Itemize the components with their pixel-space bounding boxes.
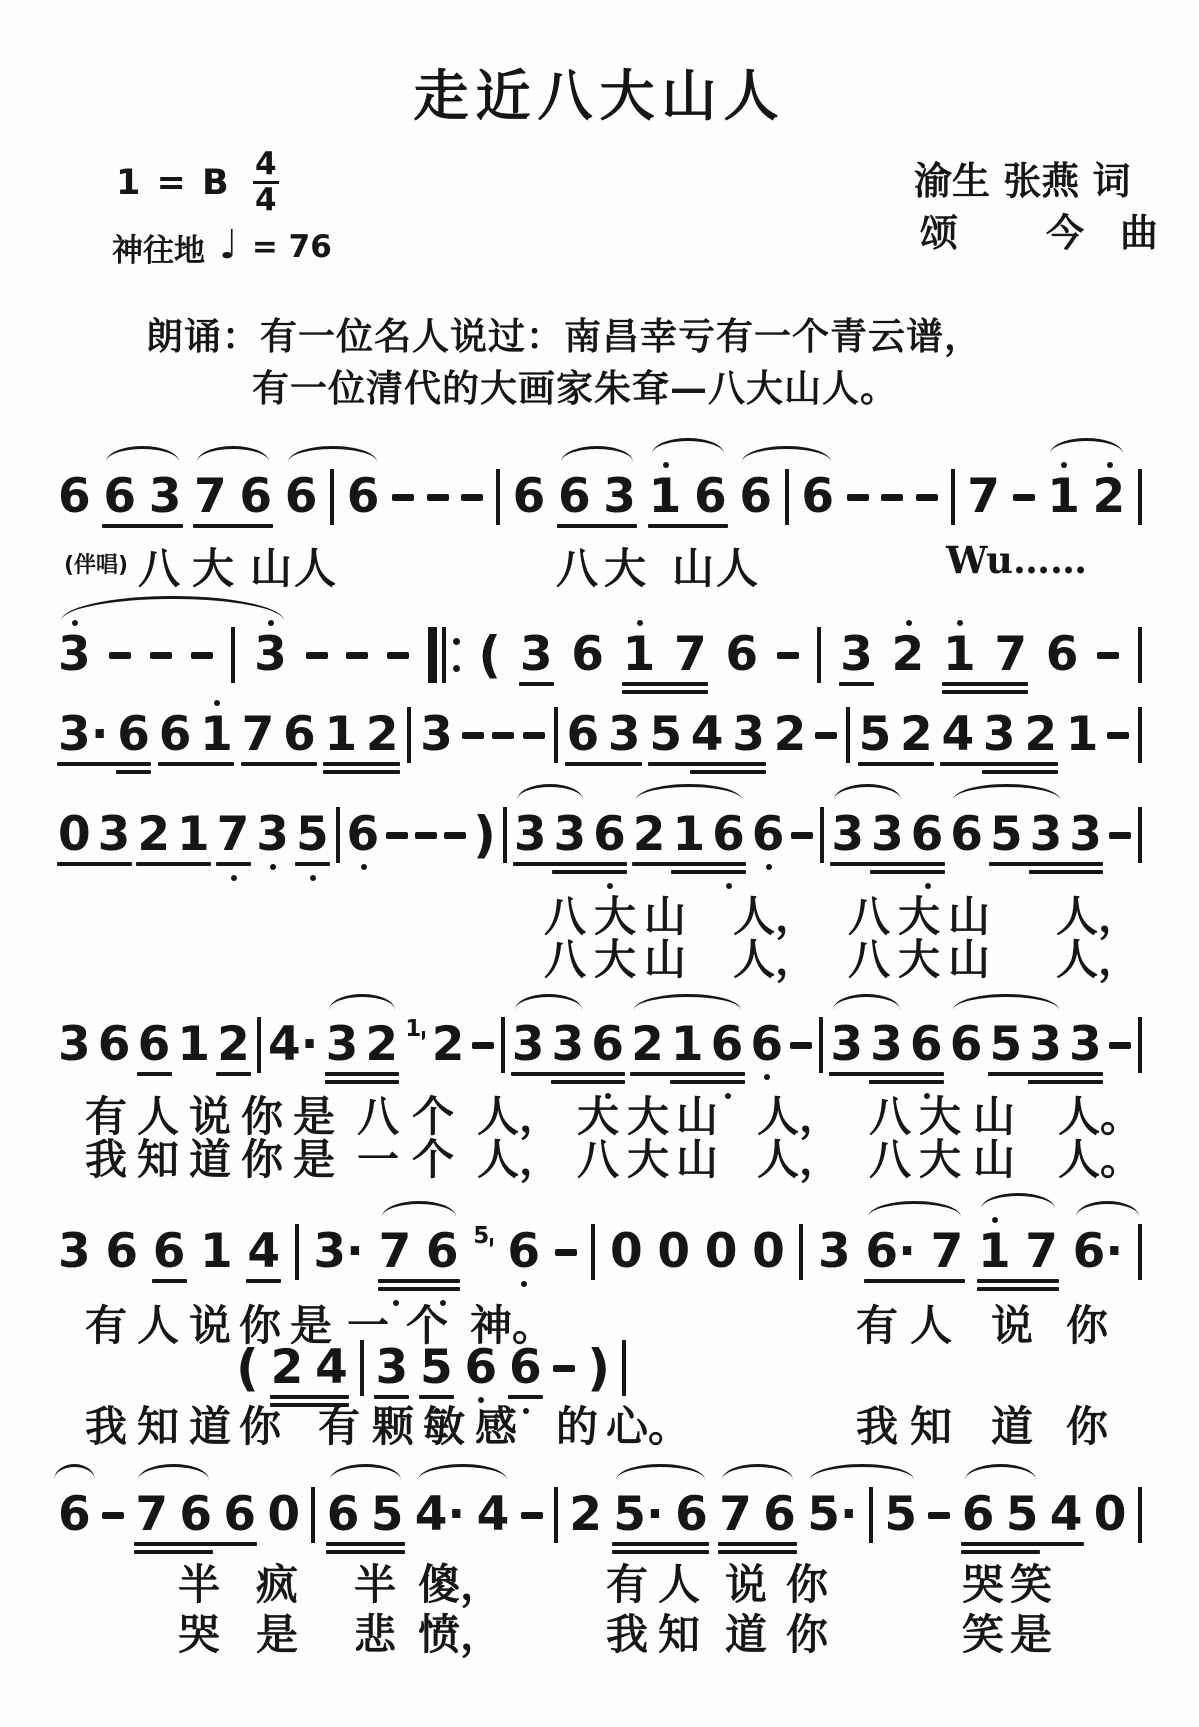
- credit-text: 渝生 张燕 词: [914, 150, 1130, 205]
- note: 3: [326, 1020, 359, 1070]
- note: 6: [558, 472, 591, 522]
- beam: [134, 1542, 257, 1546]
- lyric-syllable: 山: [948, 927, 990, 987]
- dash: [102, 1512, 124, 1519]
- dash: [386, 832, 408, 839]
- dash: [150, 652, 172, 659]
- lyric-syllable: 八: [138, 536, 180, 596]
- note: 6: [675, 1490, 708, 1540]
- dash: [462, 732, 484, 739]
- dash: [472, 1042, 494, 1049]
- lyric-syllable: 八: [869, 1127, 911, 1187]
- note: 6: [239, 472, 272, 522]
- beam: [977, 1287, 1059, 1291]
- lyric-syllable: 人，: [1056, 927, 1140, 987]
- lyric-syllable: 你: [786, 1602, 828, 1662]
- note: 6: [105, 1227, 138, 1277]
- note: 6·: [865, 1227, 916, 1277]
- note: 6: [223, 1490, 256, 1540]
- dash: [553, 1365, 575, 1372]
- expression-text: 神往地: [112, 225, 205, 270]
- beam: [511, 1072, 625, 1076]
- lyric-syllable: 哭: [178, 1602, 220, 1662]
- beam: [690, 770, 766, 774]
- slur: [138, 1464, 209, 1480]
- barline: [799, 1224, 803, 1280]
- slur: [106, 446, 179, 462]
- note: 1: [649, 472, 682, 522]
- barline: [501, 1017, 505, 1073]
- beam: [565, 762, 642, 766]
- lyric-syllable: 是: [1010, 1602, 1052, 1662]
- note: 3: [603, 472, 636, 522]
- dash: [306, 652, 328, 659]
- octave-dot-high: [663, 462, 669, 468]
- beam: [864, 1279, 965, 1283]
- beam: [137, 1072, 172, 1076]
- note: 3: [983, 710, 1016, 760]
- lyric-syllable: 我: [85, 1394, 127, 1454]
- note: 6: [950, 1020, 983, 1070]
- slur: [965, 1464, 1036, 1480]
- dash: [1013, 494, 1035, 501]
- note: 3: [840, 630, 873, 680]
- octave-dot-high: [992, 1217, 998, 1223]
- note: 4·: [268, 1020, 319, 1070]
- note: 6: [801, 472, 834, 522]
- octave-dot-low: [523, 1408, 529, 1414]
- credit-text: 颂: [920, 202, 958, 257]
- note: 6: [327, 1490, 360, 1540]
- note: 0: [752, 1227, 785, 1277]
- token-row: 3·66176123635432524321: [58, 710, 1142, 760]
- note: 7: [217, 810, 250, 860]
- octave-dot-low: [270, 864, 276, 870]
- note: 2: [137, 810, 170, 860]
- slur: [561, 446, 633, 462]
- lyric-syllable: 人: [294, 536, 336, 596]
- note: 2: [217, 1020, 250, 1070]
- system-4: 03217356)33621663366533: [58, 776, 1142, 894]
- quarter-note-icon: ♩: [219, 222, 238, 268]
- note: 6: [962, 1490, 995, 1540]
- slur: [742, 446, 831, 462]
- note: 3: [514, 810, 547, 860]
- octave-dot-high: [906, 620, 912, 626]
- beam: [325, 1072, 399, 1076]
- note: 4: [691, 710, 724, 760]
- note: 5: [859, 710, 892, 760]
- beam: [648, 762, 766, 766]
- note: 5: [884, 1490, 917, 1540]
- beam: [830, 862, 945, 866]
- lyric-syllable: 道: [189, 1394, 231, 1454]
- slur: [382, 1201, 456, 1217]
- note: 0: [58, 810, 91, 860]
- time-signature: 4 4: [253, 150, 279, 215]
- note: 0: [705, 1227, 738, 1277]
- barline: [591, 1224, 595, 1280]
- octave-dot-high: [637, 620, 643, 626]
- beam: [241, 762, 317, 766]
- note: 6: [910, 1020, 943, 1070]
- beam: [326, 1542, 405, 1546]
- lyric-syllable: 山: [672, 536, 714, 596]
- octave-dot-high: [1107, 462, 1113, 468]
- slur: [517, 784, 583, 800]
- lyric-syllable: 是: [293, 1127, 335, 1187]
- lyric-syllable: 我: [606, 1602, 648, 1662]
- beam: [193, 524, 273, 528]
- barline: [869, 1487, 873, 1543]
- note: 7: [379, 1227, 412, 1277]
- lyric-syllable: 大: [919, 1127, 961, 1187]
- slur: [418, 1464, 507, 1480]
- note: 6: [694, 472, 727, 522]
- parenthesis: (: [478, 630, 501, 680]
- recitation-line-2: 有一位清代的大画家朱耷—八大山人。: [252, 358, 898, 412]
- credit-text: 今: [1046, 202, 1084, 257]
- slur: [616, 1464, 705, 1480]
- note: 7: [135, 1490, 168, 1540]
- note: 0: [1094, 1490, 1127, 1540]
- lyric-syllable: 大: [604, 536, 646, 596]
- dash: [1107, 732, 1129, 739]
- note: 6: [347, 472, 380, 522]
- lyric-syllable: 你: [1066, 1394, 1108, 1454]
- slur: [810, 1464, 914, 1480]
- note: 6: [750, 1020, 783, 1070]
- note: 3: [1069, 810, 1102, 860]
- octave-dot-low: [725, 1093, 731, 1099]
- note: 3: [1030, 810, 1063, 860]
- note: 1: [671, 1020, 704, 1070]
- note: 3: [149, 472, 182, 522]
- barline: [819, 1017, 823, 1073]
- beam: [295, 862, 330, 866]
- note: 4: [1050, 1490, 1083, 1540]
- time-signature-numerator: 4: [255, 150, 277, 179]
- beam: [552, 870, 627, 874]
- note: 1: [1066, 710, 1099, 760]
- lyric-syllable: 人: [137, 1293, 179, 1353]
- note: 6: [1046, 630, 1079, 680]
- slur: [54, 1464, 95, 1480]
- note: 2: [366, 710, 399, 760]
- note: 2: [365, 1020, 398, 1070]
- token-row: 66376666631666712: [58, 472, 1142, 522]
- beam: [57, 862, 132, 866]
- note: 6: [103, 472, 136, 522]
- slur: [722, 1464, 793, 1480]
- note: 7: [967, 472, 1000, 522]
- dash: [791, 832, 813, 839]
- lyric-syllable: 一: [347, 1293, 389, 1353]
- note: 5: [1006, 1490, 1039, 1540]
- note: 4: [941, 710, 974, 760]
- barline: [231, 627, 235, 683]
- lyric-syllable: 你: [1066, 1293, 1108, 1353]
- lyric-syllable: 神。: [470, 1293, 554, 1353]
- beam: [116, 770, 151, 774]
- note: 2: [1024, 710, 1057, 760]
- slur: [288, 446, 377, 462]
- note: 6: [571, 630, 604, 680]
- octave-dot-low: [361, 864, 367, 870]
- lyric-syllable: 你: [239, 1293, 281, 1353]
- note: 7: [931, 1227, 964, 1277]
- note: 2: [432, 1020, 465, 1070]
- barline: [1138, 469, 1142, 525]
- barline: [503, 807, 507, 863]
- beam: [216, 862, 251, 866]
- grace-note: 1: [405, 1016, 425, 1042]
- note: 7: [674, 630, 707, 680]
- note: 3: [420, 710, 453, 760]
- dash: [415, 832, 437, 839]
- barline: [846, 707, 850, 763]
- beam: [940, 762, 1058, 766]
- note: 6: [98, 1020, 131, 1070]
- lyric-syllable: 有: [85, 1293, 127, 1353]
- note: 6: [593, 810, 626, 860]
- beam: [152, 1279, 187, 1283]
- lyric-syllable: 山: [250, 536, 292, 596]
- note: 3: [831, 810, 864, 860]
- barline: [496, 469, 500, 525]
- lyric-syllable: 大: [192, 536, 234, 596]
- repeat-sign: [428, 627, 460, 683]
- octave-dot-low: [726, 883, 732, 889]
- note: 2: [1093, 472, 1126, 522]
- lyric-syllable: 八: [556, 536, 598, 596]
- note: 3: [520, 630, 553, 680]
- dash: [790, 1042, 812, 1049]
- lyric-syllable: 道: [725, 1602, 767, 1662]
- note: 6: [752, 810, 785, 860]
- token-row: 366124·321233621663366533: [58, 1020, 1142, 1070]
- note: 5·: [613, 1490, 664, 1540]
- lyric-syllable: 人，: [477, 1127, 561, 1187]
- note: 6: [283, 710, 316, 760]
- lyric-syllable: 颗: [372, 1394, 414, 1454]
- dash: [916, 494, 938, 501]
- note: 5: [371, 1490, 404, 1540]
- beam: [977, 1279, 1059, 1283]
- note: 3: [1029, 1020, 1062, 1070]
- slur: [330, 1464, 401, 1480]
- octave-dot-low: [310, 875, 316, 881]
- note: 7: [994, 630, 1027, 680]
- slur: [329, 994, 395, 1010]
- lyric-syllable: 人。: [1058, 1127, 1142, 1187]
- parenthesis: ): [587, 1343, 610, 1393]
- note: 6·: [1073, 1227, 1124, 1277]
- note: 1: [672, 810, 705, 860]
- dash: [392, 494, 414, 501]
- slur: [634, 994, 741, 1010]
- note: 6: [58, 472, 91, 522]
- octave-dot-high: [214, 700, 220, 706]
- lyric-syllable: 个: [412, 1127, 454, 1187]
- note: 4: [247, 1227, 280, 1277]
- slur: [833, 994, 900, 1010]
- lyric-syllable: 有: [856, 1293, 898, 1353]
- note: 3: [732, 710, 765, 760]
- note: 5: [296, 810, 329, 860]
- beam: [378, 1279, 460, 1283]
- dash: [815, 732, 837, 739]
- note: 1: [200, 710, 233, 760]
- key-text: 1 = B: [116, 163, 231, 203]
- slur: [1076, 1201, 1139, 1217]
- lyric-syllable: 悲: [354, 1602, 396, 1662]
- beam: [1029, 870, 1103, 874]
- lyric-syllable: 说: [991, 1293, 1033, 1353]
- barline: [1138, 707, 1142, 763]
- repeat-thick-bar: [428, 627, 437, 683]
- barline: [817, 627, 821, 683]
- slur: [1050, 438, 1123, 454]
- dash: [777, 652, 799, 659]
- slur: [652, 438, 724, 454]
- barline: [407, 707, 411, 763]
- octave-dot-high: [72, 620, 78, 626]
- note: 5·: [807, 1490, 858, 1540]
- page-title: 走近八大山人: [0, 52, 1199, 131]
- note: 6: [426, 1227, 459, 1277]
- lyric-syllable: 是: [290, 1293, 332, 1353]
- note: 6: [725, 630, 758, 680]
- dash: [427, 494, 449, 501]
- note: 3·: [58, 710, 109, 760]
- credit-text: 曲: [1120, 202, 1158, 257]
- beam: [671, 870, 746, 874]
- beam: [246, 1279, 281, 1283]
- note: 1: [978, 1227, 1011, 1277]
- beam: [718, 1542, 797, 1546]
- note: 6: [513, 472, 546, 522]
- beam: [870, 870, 945, 874]
- note: 3: [871, 810, 904, 860]
- beam: [858, 762, 934, 766]
- beam: [102, 524, 183, 528]
- note: 2: [631, 1020, 664, 1070]
- note: 6: [712, 810, 745, 860]
- note: 2: [900, 710, 933, 760]
- barline: [295, 1224, 299, 1280]
- slur: [636, 784, 742, 800]
- beam: [158, 762, 234, 766]
- barline: [311, 1487, 315, 1543]
- note: 6: [591, 1020, 624, 1070]
- sheet-music-page: 走近八大山人 1 = B 4 4 神往地 ♩ = 76 朗诵：有一位名人说过：南…: [0, 0, 1199, 1727]
- note: 3: [818, 1227, 851, 1277]
- lyric-syllable: 我: [856, 1394, 898, 1454]
- dash: [521, 1512, 543, 1519]
- note: 3·: [313, 1227, 364, 1277]
- lyric-syllable: 知: [137, 1394, 179, 1454]
- slur: [515, 994, 582, 1010]
- lyric-syllable: 知: [137, 1127, 179, 1187]
- dash: [191, 652, 213, 659]
- dash: [492, 732, 514, 739]
- token-row: 366143·7656000036·7176·: [58, 1227, 1142, 1277]
- octave-dot-low: [393, 1300, 399, 1306]
- beam: [57, 762, 151, 766]
- beam: [961, 1542, 1084, 1546]
- recitation-line-1: 朗诵：有一位名人说过：南昌幸亏有一个青云谱，: [146, 306, 982, 360]
- lyric-syllable: 知: [658, 1602, 700, 1662]
- note: 4: [477, 1490, 510, 1540]
- dash: [109, 652, 131, 659]
- repeat-dots: [453, 638, 460, 672]
- beam: [829, 1072, 944, 1076]
- barline: [1138, 807, 1142, 863]
- beam: [513, 862, 627, 866]
- lyric-syllable: 一: [357, 1127, 399, 1187]
- note: 3: [552, 1020, 585, 1070]
- slur: [953, 784, 1060, 800]
- note: 3: [254, 630, 287, 680]
- beam: [630, 1072, 745, 1076]
- note: 5: [989, 1020, 1022, 1070]
- beam: [632, 862, 746, 866]
- note: 6: [950, 810, 983, 860]
- note: 3: [58, 630, 91, 680]
- lyric-syllable: 敏: [423, 1394, 465, 1454]
- note: 6: [911, 810, 944, 860]
- dash: [847, 494, 869, 501]
- lyric-syllable: 山: [644, 927, 686, 987]
- note: 5: [990, 810, 1023, 860]
- barline: [622, 1340, 626, 1396]
- beam: [982, 770, 1058, 774]
- beam: [323, 762, 400, 766]
- note: 6: [347, 810, 380, 860]
- note: 3: [870, 1020, 903, 1070]
- repeat-thin-bar: [442, 627, 446, 683]
- lyric-syllable: 八: [577, 1127, 619, 1187]
- lyric-syllable: 个: [406, 1293, 448, 1353]
- note: 6: [566, 710, 599, 760]
- note: 1: [177, 1020, 210, 1070]
- lyric-syllable: 笑: [962, 1602, 1004, 1662]
- barline: [257, 1017, 261, 1073]
- lyric-syllable: 八: [848, 927, 890, 987]
- note: 1: [623, 630, 656, 680]
- note: 3: [1069, 1020, 1102, 1070]
- lyric-syllable: 人，: [733, 927, 817, 987]
- note: 0: [657, 1227, 690, 1277]
- beam: [612, 1542, 709, 1546]
- octave-dot-low: [521, 1281, 527, 1287]
- slur: [61, 596, 284, 621]
- slur: [953, 994, 1059, 1010]
- note: 1: [200, 1227, 233, 1277]
- lyric-syllable: 感: [475, 1394, 517, 1454]
- beam: [136, 862, 211, 866]
- lyric-syllable: 人: [910, 1293, 952, 1353]
- tempo-marking: 神往地 ♩ = 76: [112, 224, 332, 270]
- barline: [1138, 627, 1142, 683]
- lyric-syllable: 八: [544, 927, 586, 987]
- lyric-syllable: 道: [189, 1127, 231, 1187]
- note: 1: [1047, 472, 1080, 522]
- note: 3: [512, 1020, 545, 1070]
- lyric-syllable: 大: [898, 927, 940, 987]
- note: 6: [58, 1490, 91, 1540]
